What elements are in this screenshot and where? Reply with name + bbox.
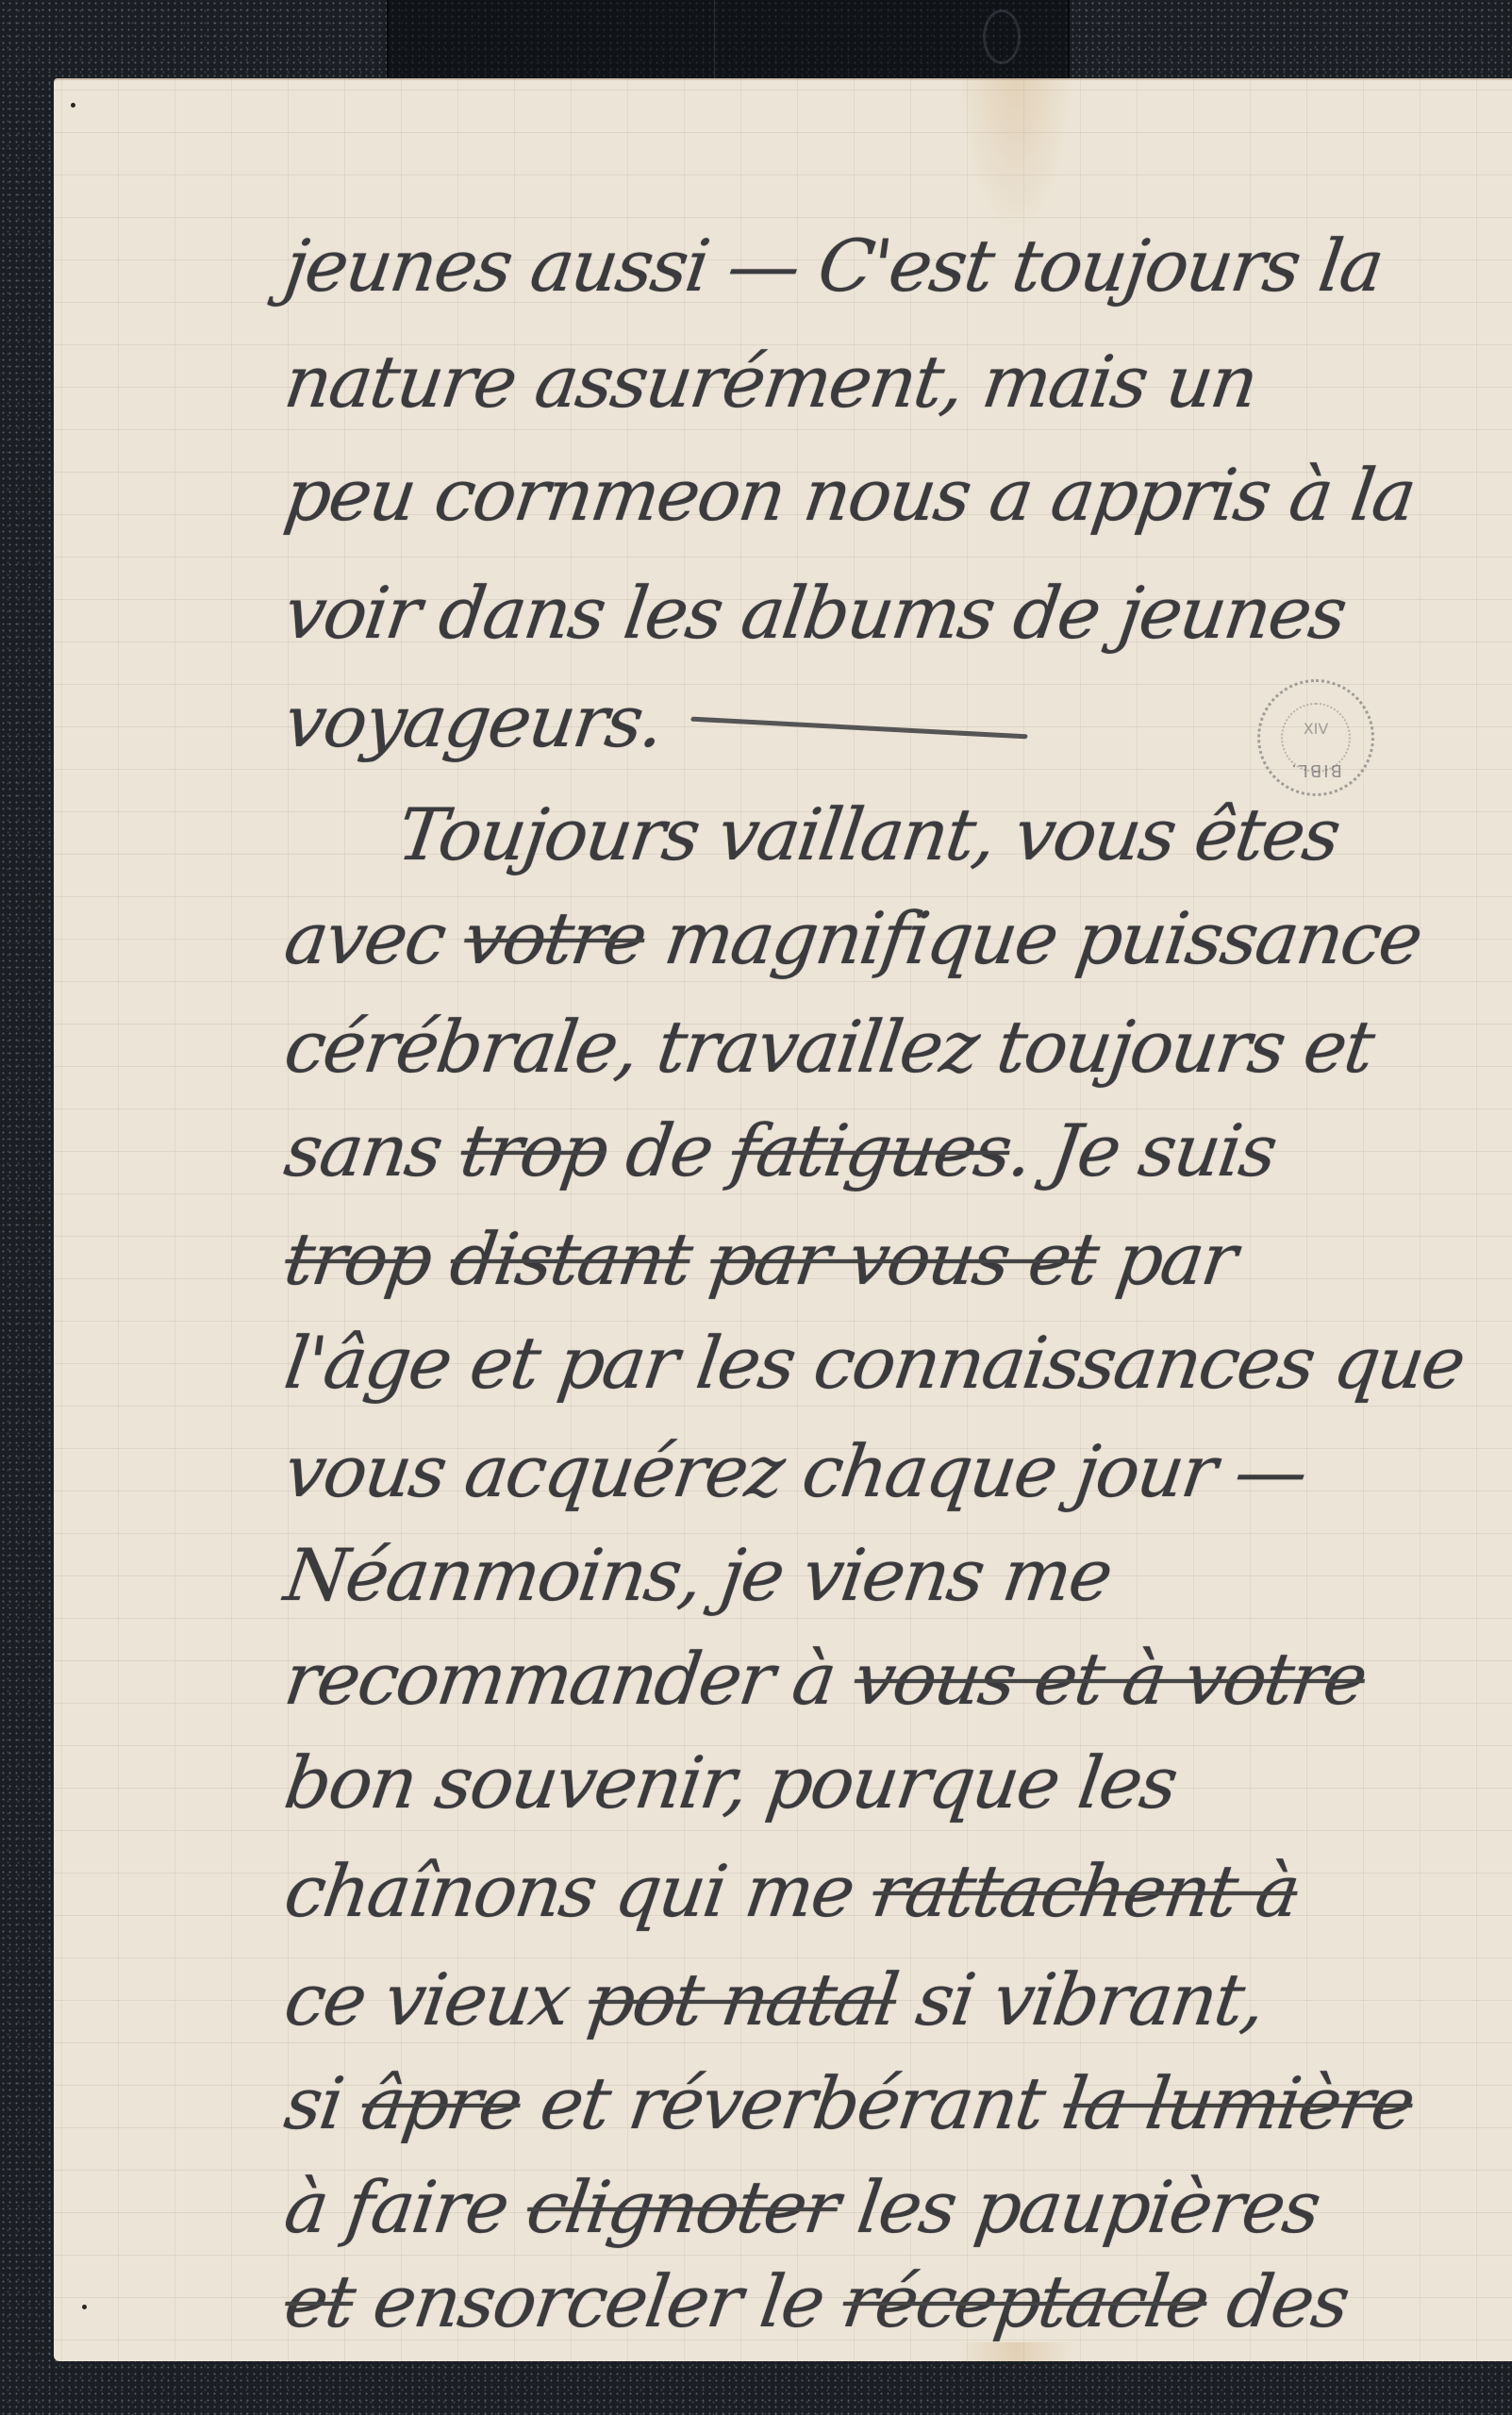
- struck-word: et: [280, 2259, 359, 2343]
- struck-word: âpre: [357, 2061, 526, 2145]
- binding-ring-mark: [983, 9, 1021, 64]
- struck-word: vous et à votre: [849, 1637, 1371, 1721]
- ink-speck: [71, 103, 75, 108]
- ink-speck: [82, 2305, 87, 2309]
- struck-word: la lumière: [1058, 2061, 1419, 2145]
- binding-strip: [387, 0, 1070, 81]
- struck-word: rattachent à: [868, 1849, 1304, 1933]
- struck-word: distant: [445, 1217, 696, 1301]
- struck-word: réceptacle: [838, 2259, 1213, 2343]
- struck-word: pot natal: [584, 1957, 903, 2041]
- binding-seam: [714, 0, 715, 81]
- struck-word: par vous et: [706, 1217, 1103, 1301]
- struck-word: trop: [280, 1217, 437, 1301]
- manuscript-line-20: et ensorceler le réceptacle des: [273, 2245, 1501, 2396]
- manuscript-line-5-text: voyageurs.: [280, 679, 669, 763]
- struck-word: fatigues: [726, 1108, 1015, 1192]
- closing-dash: [690, 716, 1028, 739]
- struck-word: trop: [456, 1108, 612, 1192]
- struck-word: clignoter: [522, 2165, 843, 2249]
- struck-word: votre: [459, 896, 651, 980]
